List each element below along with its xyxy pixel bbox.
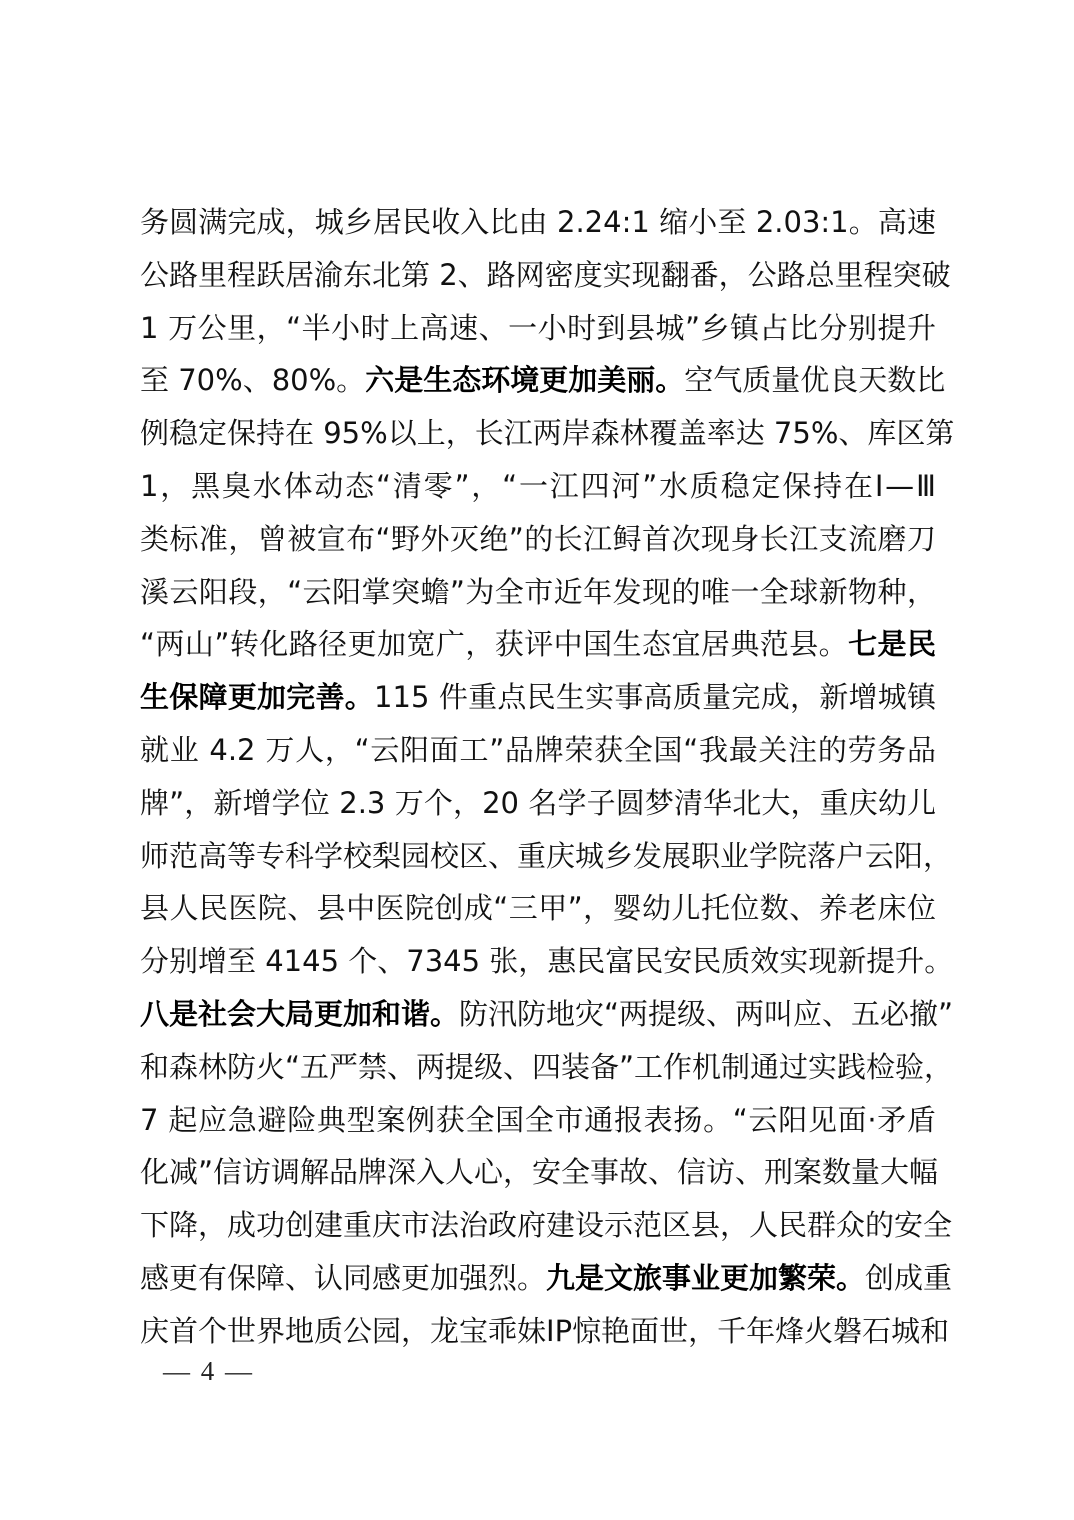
text-line: 牌”，新增学位 2.3 万个，20 名学子圆梦清华北大，重庆幼儿	[140, 777, 936, 830]
numeric-text: 7345	[406, 944, 480, 978]
body-text: 、路网密度实现翻番，公路总里程突破	[458, 258, 951, 292]
body-text: 、库区第	[838, 416, 954, 450]
body-text: 创成重	[865, 1261, 952, 1295]
body-text: 牌”，新增学位	[140, 786, 339, 820]
text-line: 7 起应急避险典型案例获全国全市通报表扬。“云阳见面·矛盾	[140, 1094, 936, 1147]
body-text: 和森林防火“五严禁、两提级、四装备”工作机制通过实践检验，	[140, 1050, 953, 1084]
body-text: 万公里，“半小时上高速、一小时到县城”乡镇占比分别提升	[158, 311, 936, 345]
body-paragraph: 务圆满完成，城乡居民收入比由 2.24:1 缩小至 2.03:1。高速公路里程跃…	[140, 196, 936, 1358]
body-text: 缩小至	[650, 205, 756, 239]
numeric-text: 4145	[265, 944, 339, 978]
numeric-text: 115	[374, 680, 429, 714]
body-text: 万人，“云阳面工”品牌荣获全国“我最关注的劳务品	[256, 733, 937, 767]
body-text: 。	[336, 363, 365, 397]
page-number: — 4 —	[163, 1356, 254, 1387]
body-text: 惊艳面世，千年烽火磐石城和	[572, 1314, 949, 1348]
numeric-text: 95%	[323, 416, 387, 450]
body-text: 空气质量优良天数比	[684, 363, 945, 397]
text-line: 分别增至 4145 个、7345 张，惠民富民安民质效实现新提升。	[140, 935, 936, 988]
text-line: 生保障更加完善。115 件重点民生实事高质量完成，新增城镇	[140, 671, 936, 724]
body-text: 务圆满完成，城乡居民收入比由	[140, 205, 557, 239]
body-text: 化减”信访调解品牌深入人心，安全事故、信访、刑案数量大幅	[140, 1155, 938, 1189]
body-text: 件重点民生实事高质量完成，新增城镇	[429, 680, 936, 714]
numeric-text: 2.03:1	[756, 205, 849, 239]
text-line: 化减”信访调解品牌深入人心，安全事故、信访、刑案数量大幅	[140, 1146, 936, 1199]
body-text: 下降，成功创建重庆市法治政府建设示范区县，人民群众的安全	[140, 1208, 952, 1242]
body-text: 。高速	[849, 205, 936, 239]
numeric-text: 20	[482, 786, 519, 820]
body-text: 庆首个世界地质公园，龙宝乖妹	[140, 1314, 546, 1348]
body-text: 名学子圆梦清华北大，重庆幼儿	[519, 786, 936, 820]
body-text: 类标准，曾被宣布“野外灭绝”的长江鲟首次现身长江支流磨刀	[140, 522, 936, 556]
numeric-text: Ⅰ—Ⅲ	[875, 469, 936, 503]
text-line: 1，黑臭水体动态“清零”，“一江四河”水质稳定保持在Ⅰ—Ⅲ	[140, 460, 936, 513]
body-text: 防汛防地灾“两提级、两叫应、五必撤”	[459, 997, 953, 1031]
body-text: 公路里程跃居渝东北第	[140, 258, 439, 292]
text-line: “两山”转化路径更加宽广，获评中国生态宜居典范县。七是民	[140, 618, 936, 671]
body-text: “两山”转化路径更加宽广，获评中国生态宜居典范县。	[140, 627, 848, 661]
bold-heading-text: 生保障更加完善。	[140, 680, 374, 714]
text-line: 下降，成功创建重庆市法治政府建设示范区县，人民群众的安全	[140, 1199, 936, 1252]
body-text: 溪云阳段，“云阳掌突蟾”为全市近年发现的唯一全球新物种，	[140, 575, 936, 609]
text-line: 感更有保障、认同感更加强烈。九是文旅事业更加繁荣。创成重	[140, 1252, 936, 1305]
numeric-text: 2	[439, 258, 457, 292]
text-line: 县人民医院、县中医院创成“三甲”，婴幼儿托位数、养老床位	[140, 882, 936, 935]
body-text: 县人民医院、县中医院创成“三甲”，婴幼儿托位数、养老床位	[140, 891, 936, 925]
body-text: 个、	[339, 944, 406, 978]
text-line: 类标准，曾被宣布“野外灭绝”的长江鲟首次现身长江支流磨刀	[140, 513, 936, 566]
text-line: 至 70%、80%。六是生态环境更加美丽。空气质量优良天数比	[140, 354, 936, 407]
numeric-text: 75%	[774, 416, 838, 450]
body-text: 分别增至	[140, 944, 265, 978]
numeric-text: 2.24:1	[557, 205, 650, 239]
numeric-text: 80%	[272, 363, 336, 397]
text-line: 庆首个世界地质公园，龙宝乖妹IP惊艳面世，千年烽火磐石城和	[140, 1305, 936, 1358]
text-line: 1 万公里，“半小时上高速、一小时到县城”乡镇占比分别提升	[140, 302, 936, 355]
text-line: 八是社会大局更加和谐。防汛防地灾“两提级、两叫应、五必撤”	[140, 988, 936, 1041]
text-line: 溪云阳段，“云阳掌突蟾”为全市近年发现的唯一全球新物种，	[140, 566, 936, 619]
body-text: 、	[243, 363, 272, 397]
body-text: 万个，	[385, 786, 482, 820]
body-text: 至	[140, 363, 178, 397]
body-text: 例稳定保持在	[140, 416, 323, 450]
numeric-text: 1	[140, 469, 158, 503]
numeric-text: IP	[546, 1314, 572, 1348]
body-text: 起应急避险典型案例获全国全市通报表扬。“云阳见面·矛盾	[158, 1103, 936, 1137]
body-text: ，黑臭水体动态“清零”，“一江四河”水质稳定保持在	[158, 469, 874, 503]
text-line: 师范高等专科学校梨园校区、重庆城乡发展职业学院落户云阳，	[140, 830, 936, 883]
text-line: 和森林防火“五严禁、两提级、四装备”工作机制通过实践检验，	[140, 1041, 936, 1094]
numeric-text: 7	[140, 1103, 158, 1137]
body-text: 感更有保障、认同感更加强烈。	[140, 1261, 546, 1295]
text-line: 就业 4.2 万人，“云阳面工”品牌荣获全国“我最关注的劳务品	[140, 724, 936, 777]
body-text: 张，惠民富民安民质效实现新提升。	[480, 944, 953, 978]
text-line: 公路里程跃居渝东北第 2、路网密度实现翻番，公路总里程突破	[140, 249, 936, 302]
numeric-text: 4.2	[209, 733, 255, 767]
numeric-text: 1	[140, 311, 158, 345]
bold-heading-text: 七是民	[848, 627, 936, 661]
bold-heading-text: 九是文旅事业更加繁荣。	[546, 1261, 865, 1295]
numeric-text: 2.3	[339, 786, 385, 820]
body-text: 以上，长江两岸森林覆盖率达	[388, 416, 774, 450]
numeric-text: 70%	[178, 363, 242, 397]
document-page: 务圆满完成，城乡居民收入比由 2.24:1 缩小至 2.03:1。高速公路里程跃…	[0, 0, 1074, 1520]
text-line: 务圆满完成，城乡居民收入比由 2.24:1 缩小至 2.03:1。高速	[140, 196, 936, 249]
bold-heading-text: 六是生态环境更加美丽。	[365, 363, 684, 397]
body-text: 就业	[140, 733, 209, 767]
text-line: 例稳定保持在 95%以上，长江两岸森林覆盖率达 75%、库区第	[140, 407, 936, 460]
body-text: 师范高等专科学校梨园校区、重庆城乡发展职业学院落户云阳，	[140, 839, 952, 873]
bold-heading-text: 八是社会大局更加和谐。	[140, 997, 459, 1031]
